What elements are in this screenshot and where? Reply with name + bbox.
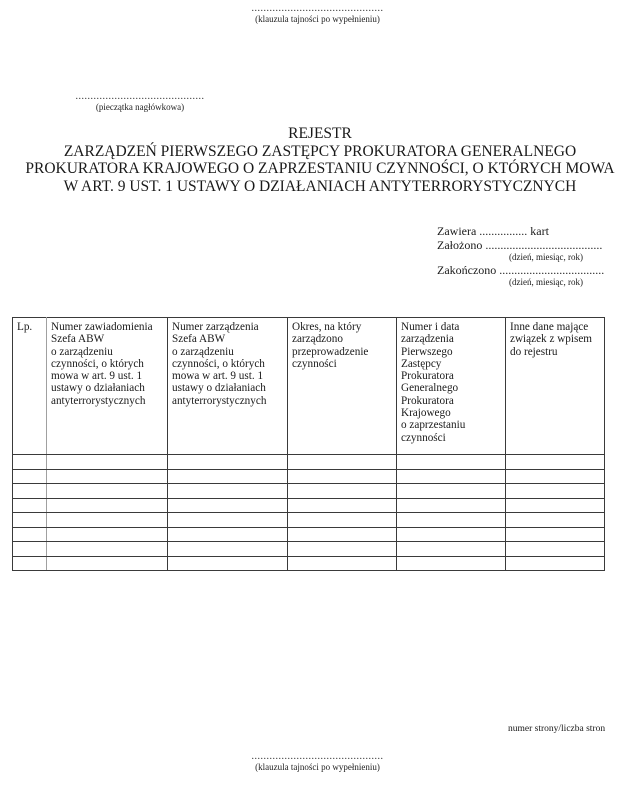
cell-col-lp[interactable] [13, 542, 47, 557]
cell-col-lp[interactable] [13, 513, 47, 528]
clause-label: (klauzula tajności po wypełnieniu) [0, 14, 635, 25]
cell-col-abw-notice-number[interactable] [47, 469, 168, 484]
cell-col-lp[interactable] [13, 556, 47, 571]
header-text-line: Okres, na który [292, 321, 393, 333]
header-text-line: antyterrorystycznych [172, 395, 284, 407]
table-row [13, 484, 605, 499]
header-text-line: ustawy o działaniach [172, 382, 284, 394]
closed-date-field[interactable]: Zakończono .............................… [437, 263, 604, 277]
header-text-line: Prokuratora [401, 395, 502, 407]
cell-col-abw-order-number[interactable] [168, 498, 288, 513]
cell-col-lp[interactable] [13, 469, 47, 484]
table-row [13, 455, 605, 470]
header-text-line: Lp. [17, 321, 43, 333]
header-text-line: Numer zawiadomienia [51, 321, 164, 333]
cell-col-lp[interactable] [13, 455, 47, 470]
header-text-line: czynności, o których [51, 358, 164, 370]
table-row [13, 469, 605, 484]
title-line-4: W ART. 9 UST. 1 USTAWY O DZIAŁANIACH ANT… [20, 178, 620, 196]
cell-col-abw-order-number[interactable] [168, 527, 288, 542]
cell-col-period[interactable] [288, 455, 397, 470]
header-col-abw-order-number: Numer zarządzeniaSzefa ABWo zarządzeniuc… [168, 318, 288, 455]
cell-col-abw-notice-number[interactable] [47, 455, 168, 470]
header-text-line: o zarządzeniu [172, 346, 284, 358]
security-clause-top: ........................................… [0, 4, 635, 25]
cell-col-abw-order-number[interactable] [168, 484, 288, 499]
cell-col-lp[interactable] [13, 484, 47, 499]
cell-col-abw-notice-number[interactable] [47, 513, 168, 528]
clause-fill-line: ........................................… [0, 4, 635, 14]
cell-col-period[interactable] [288, 527, 397, 542]
cell-col-termination-order[interactable] [397, 527, 506, 542]
table-row [13, 542, 605, 557]
cell-col-other-data[interactable] [506, 527, 605, 542]
cell-col-abw-notice-number[interactable] [47, 498, 168, 513]
cell-col-termination-order[interactable] [397, 513, 506, 528]
header-text-line: mowa w art. 9 ust. 1 [51, 370, 164, 382]
register-metadata: Zawiera ................ kart Założono .… [437, 224, 604, 288]
cell-col-other-data[interactable] [506, 469, 605, 484]
header-text-line: antyterrorystycznych [51, 395, 164, 407]
cell-col-other-data[interactable] [506, 455, 605, 470]
cell-col-abw-order-number[interactable] [168, 542, 288, 557]
register-table: Lp.Numer zawiadomieniaSzefa ABWo zarządz… [12, 317, 605, 571]
header-text-line: związek z wpisem [510, 333, 601, 345]
cell-col-other-data[interactable] [506, 542, 605, 557]
cell-col-abw-order-number[interactable] [168, 469, 288, 484]
cell-col-abw-notice-number[interactable] [47, 484, 168, 499]
cell-col-termination-order[interactable] [397, 556, 506, 571]
cell-col-abw-notice-number[interactable] [47, 542, 168, 557]
header-text-line: Szefa ABW [172, 333, 284, 345]
header-text-line: przeprowadzenie [292, 346, 393, 358]
clause-fill-line: ........................................… [0, 752, 635, 762]
cell-col-termination-order[interactable] [397, 542, 506, 557]
header-text-line: Pierwszego [401, 346, 502, 358]
opened-date-hint: (dzień, miesiąc, rok) [437, 252, 604, 263]
closed-date-hint: (dzień, miesiąc, rok) [437, 277, 604, 288]
cell-col-period[interactable] [288, 556, 397, 571]
header-text-line: czynności, o których [172, 358, 284, 370]
security-clause-bottom: ........................................… [0, 752, 635, 773]
header-text-line: o zaprzestaniu [401, 419, 502, 431]
cell-col-abw-order-number[interactable] [168, 513, 288, 528]
title-line-1: REJESTR [20, 125, 620, 143]
cell-col-period[interactable] [288, 484, 397, 499]
header-stamp: ........................................… [40, 92, 240, 113]
header-text-line: Szefa ABW [51, 333, 164, 345]
header-text-line: Numer i data [401, 321, 502, 333]
header-col-abw-notice-number: Numer zawiadomieniaSzefa ABWo zarządzeni… [47, 318, 168, 455]
stamp-label: (pieczątka nagłówkowa) [40, 102, 240, 113]
header-col-lp: Lp. [13, 318, 47, 455]
header-text-line: Krajowego [401, 407, 502, 419]
table-header-row: Lp.Numer zawiadomieniaSzefa ABWo zarządz… [13, 318, 605, 455]
header-text-line: czynności [401, 432, 502, 444]
table-body [13, 455, 605, 571]
table-row [13, 513, 605, 528]
cell-col-period[interactable] [288, 498, 397, 513]
cell-col-lp[interactable] [13, 498, 47, 513]
header-text-line: Generalnego [401, 382, 502, 394]
cell-col-abw-order-number[interactable] [168, 455, 288, 470]
header-text-line: Zastępcy [401, 358, 502, 370]
header-col-termination-order: Numer i datazarządzeniaPierwszegoZastępc… [397, 318, 506, 455]
document-title: REJESTR ZARZĄDZEŃ PIERWSZEGO ZASTĘPCY PR… [20, 125, 620, 195]
cell-col-other-data[interactable] [506, 498, 605, 513]
table-row [13, 527, 605, 542]
cell-col-abw-notice-number[interactable] [47, 527, 168, 542]
header-text-line: Prokuratora [401, 370, 502, 382]
header-text-line: o zarządzeniu [51, 346, 164, 358]
cell-col-other-data[interactable] [506, 513, 605, 528]
cell-col-lp[interactable] [13, 527, 47, 542]
title-line-2: ZARZĄDZEŃ PIERWSZEGO ZASTĘPCY PROKURATOR… [20, 143, 620, 161]
table-row [13, 498, 605, 513]
cell-col-termination-order[interactable] [397, 498, 506, 513]
table-row [13, 556, 605, 571]
header-text-line: Numer zarządzenia [172, 321, 284, 333]
opened-date-field[interactable]: Założono ...............................… [437, 238, 604, 252]
header-text-line: mowa w art. 9 ust. 1 [172, 370, 284, 382]
cell-col-period[interactable] [288, 542, 397, 557]
header-text-line: zarządzenia [401, 333, 502, 345]
cell-col-abw-order-number[interactable] [168, 556, 288, 571]
header-col-period: Okres, na któryzarządzonoprzeprowadzenie… [288, 318, 397, 455]
header-text-line: zarządzono [292, 333, 393, 345]
cell-col-period[interactable] [288, 469, 397, 484]
cell-col-other-data[interactable] [506, 556, 605, 571]
header-text-line: Inne dane mające [510, 321, 601, 333]
header-text-line: ustawy o działaniach [51, 382, 164, 394]
cell-col-abw-notice-number[interactable] [47, 556, 168, 571]
cell-col-termination-order[interactable] [397, 455, 506, 470]
cell-col-termination-order[interactable] [397, 469, 506, 484]
cell-col-other-data[interactable] [506, 484, 605, 499]
header-col-other-data: Inne dane mającezwiązek z wpisemdo rejes… [506, 318, 605, 455]
contains-field[interactable]: Zawiera ................ kart [437, 224, 604, 238]
page-number-label: numer strony/liczba stron [508, 724, 605, 734]
header-text-line: czynności [292, 358, 393, 370]
cell-col-period[interactable] [288, 513, 397, 528]
stamp-fill-line: ........................................… [40, 92, 240, 102]
cell-col-termination-order[interactable] [397, 484, 506, 499]
header-text-line: do rejestru [510, 346, 601, 358]
title-line-3: PROKURATORA KRAJOWEGO O ZAPRZESTANIU CZY… [20, 160, 620, 178]
clause-label: (klauzula tajności po wypełnieniu) [0, 762, 635, 773]
